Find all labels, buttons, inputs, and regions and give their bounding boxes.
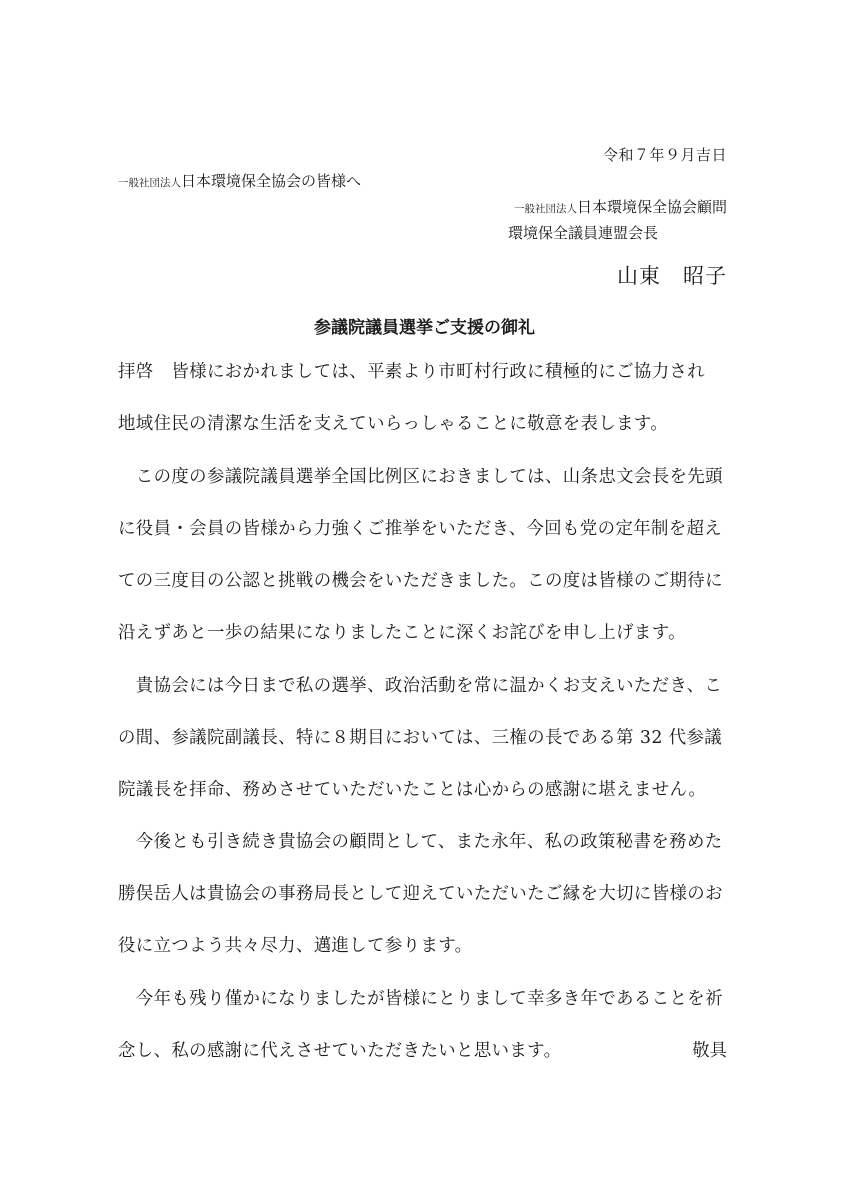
body-line: に役員・会員の皆様から力強くご推挙をいただき、今回も党の定年制を超え	[118, 514, 730, 539]
body-line: 勝俣岳人は貴協会の事務局長として迎えていただいたご縁を大切に皆様のお	[118, 879, 730, 904]
body-line: 役に立つよう共々尽力、邁進して参ります。	[118, 931, 730, 956]
addressee-org-prefix: 一般社団法人	[118, 177, 181, 189]
body-line: の間、参議院副議長、特に８期目においては、三権の長である第 32 代参議	[118, 723, 730, 748]
body-line: 今年も残り僅かになりましたが皆様にとりまして幸多き年であることを祈	[118, 984, 730, 1009]
body-line: ての三度目の公認と挑戦の機会をいただきました。この度は皆様のご期待に	[118, 566, 730, 591]
body-line: 地域住民の清潔な生活を支えていらっしゃることに敬意を表します。	[118, 409, 730, 434]
body-line: 拝啓 皆様におかれましては、平素より市町村行政に積極的にご協力され	[118, 357, 730, 382]
sender-name: 山東 昭子	[617, 260, 727, 290]
body-line: 念し、私の感謝に代えさせていただきたいと思います。	[118, 1036, 730, 1061]
body-line: 沿えずあと一歩の結果になりましたことに深くお詫びを申し上げます。	[118, 618, 730, 643]
body-line: 今後とも引き続き貴協会の顧問として、また永年、私の政策秘書を務めた	[118, 827, 730, 852]
letter-date: 令和７年９月吉日	[603, 144, 727, 165]
addressee: 一般社団法人日本環境保全協会の皆様へ	[118, 170, 361, 191]
body-line: 貴協会には今日まで私の選挙、政治活動を常に温かくお支えいただき、こ	[118, 671, 730, 696]
sender-org-prefix: 一般社団法人	[514, 203, 577, 215]
closing-phrase: 敬具	[692, 1036, 727, 1061]
body-line: この度の参議院議員選挙全国比例区におきましては、山条忠文会長を先頭	[118, 462, 730, 487]
sender-position: 環境保全議員連盟会長	[508, 222, 658, 243]
letter-title: 参議院議員選挙ご支援の御礼	[0, 313, 849, 338]
body-line: 院議長を拝命、務めさせていただいたことは心からの感謝に堪えません。	[118, 775, 730, 800]
sender-organization: 一般社団法人日本環境保全協会顧問	[514, 196, 727, 217]
sender-org-title: 日本環境保全協会顧問	[577, 198, 727, 216]
addressee-org-name: 日本環境保全協会の皆様へ	[181, 172, 361, 190]
